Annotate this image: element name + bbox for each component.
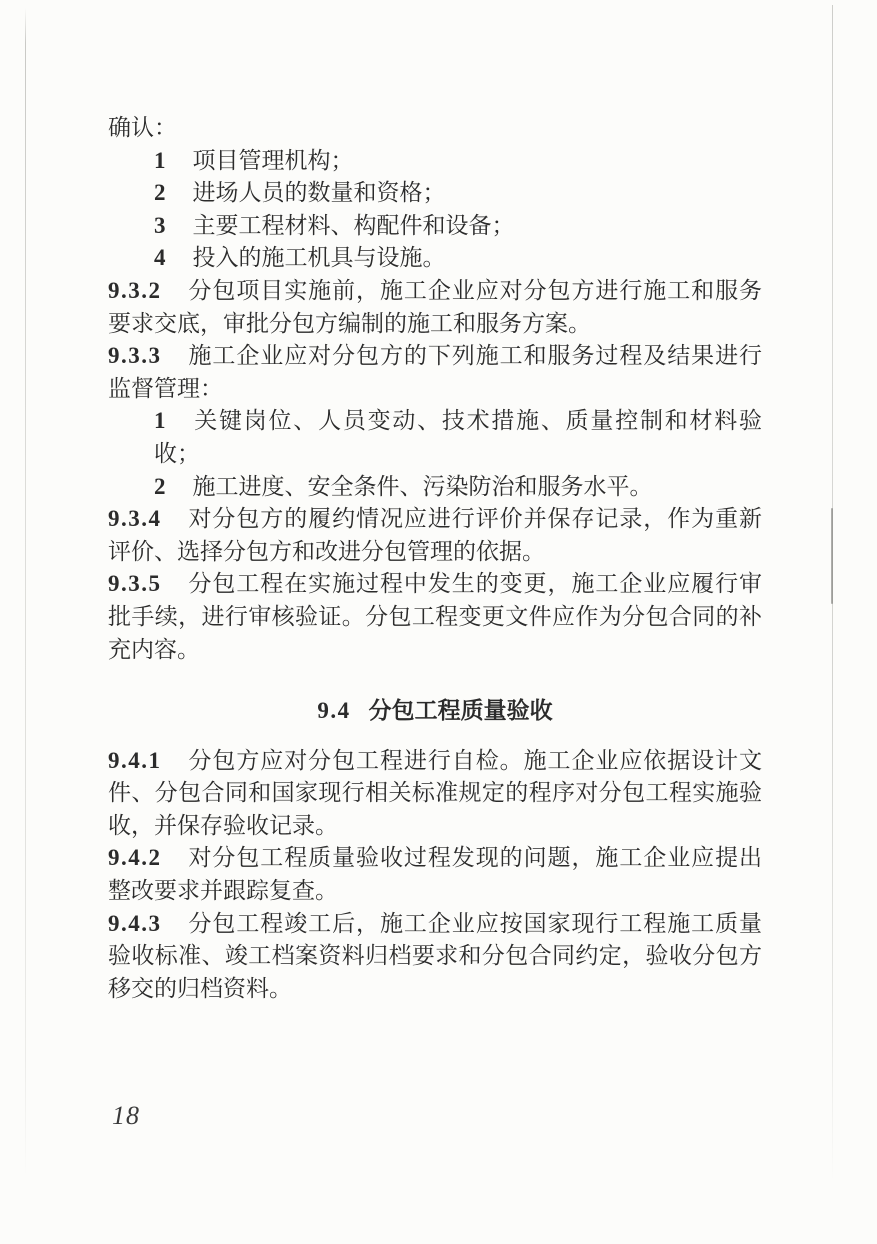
paragraph: 确认： xyxy=(108,112,762,145)
scan-edge-left xyxy=(25,8,26,1178)
item-number: 2 xyxy=(154,474,166,499)
text-run: 主要工程材料、构配件和设备； xyxy=(193,213,515,238)
clause-number: 9.4.2 xyxy=(108,845,162,870)
clause-number: 9.3.4 xyxy=(108,506,162,531)
list-item: 1项目管理机构； xyxy=(108,145,762,178)
text-run: 关键岗位、人员变动、技术措施、质量控制和材料验收； xyxy=(154,408,762,466)
text-run: 分包项目实施前，施工企业应对分包方进行施工和服务要求交底，审批分包方编制的施工和… xyxy=(108,278,762,336)
section-heading: 9.4分包工程质量验收 xyxy=(108,695,762,728)
clause-paragraph: 9.3.3施工企业应对分包方的下列施工和服务过程及结果进行监督管理： xyxy=(108,340,762,405)
text-run: 进场人员的数量和资格； xyxy=(193,180,446,205)
clause-number: 9.4.1 xyxy=(108,748,162,773)
list-item: 4投入的施工机具与设施。 xyxy=(108,242,762,275)
clause-number: 9.3.5 xyxy=(108,571,162,596)
item-number: 4 xyxy=(154,245,166,270)
text-run: 对分包工程质量验收过程发现的问题，施工企业应提出整改要求并跟踪复查。 xyxy=(108,845,762,903)
text-run: 分包工程竣工后，施工企业应按国家现行工程施工质量验收标准、竣工档案资料归档要求和… xyxy=(108,911,762,1001)
clause-number: 9.3.3 xyxy=(108,343,162,368)
heading-number: 9.4 xyxy=(317,698,350,723)
item-number: 1 xyxy=(154,148,166,173)
clause-paragraph: 9.4.1分包方应对分包工程进行自检。施工企业应依据设计文件、分包合同和国家现行… xyxy=(108,745,762,843)
text-run: 分包工程在实施过程中发生的变更，施工企业应履行审批手续，进行审核验证。分包工程变… xyxy=(108,571,762,661)
document-page: 确认：1项目管理机构；2进场人员的数量和资格；3主要工程材料、构配件和设备；4投… xyxy=(0,0,877,1244)
text-run: 施工企业应对分包方的下列施工和服务过程及结果进行监督管理： xyxy=(108,343,762,401)
clause-paragraph: 9.3.4对分包方的履约情况应进行评价并保存记录，作为重新评价、选择分包方和改进… xyxy=(108,503,762,568)
clause-paragraph: 9.3.2分包项目实施前，施工企业应对分包方进行施工和服务要求交底，审批分包方编… xyxy=(108,275,762,340)
text-run: 对分包方的履约情况应进行评价并保存记录，作为重新评价、选择分包方和改进分包管理的… xyxy=(108,506,762,564)
text-run: 施工进度、安全条件、污染防治和服务水平。 xyxy=(193,474,653,499)
clause-paragraph: 9.3.5分包工程在实施过程中发生的变更，施工企业应履行审批手续，进行审核验证。… xyxy=(108,568,762,666)
text-run: 分包方应对分包工程进行自检。施工企业应依据设计文件、分包合同和国家现行相关标准规… xyxy=(108,748,762,838)
list-item: 1关键岗位、人员变动、技术措施、质量控制和材料验收； xyxy=(108,405,762,470)
content: 确认：1项目管理机构；2进场人员的数量和资格；3主要工程材料、构配件和设备；4投… xyxy=(108,112,762,1005)
clause-paragraph: 9.4.2对分包工程质量验收过程发现的问题，施工企业应提出整改要求并跟踪复查。 xyxy=(108,842,762,907)
list-item: 2施工进度、安全条件、污染防治和服务水平。 xyxy=(108,471,762,504)
text-run: 项目管理机构； xyxy=(193,148,354,173)
clause-number: 9.4.3 xyxy=(108,911,162,936)
clause-paragraph: 9.4.3分包工程竣工后，施工企业应按国家现行工程施工质量验收标准、竣工档案资料… xyxy=(108,908,762,1006)
scan-smudge xyxy=(831,508,833,604)
list-item: 2进场人员的数量和资格； xyxy=(108,177,762,210)
list-item: 3主要工程材料、构配件和设备； xyxy=(108,210,762,243)
item-number: 3 xyxy=(154,213,166,238)
text-run: 确认： xyxy=(108,115,177,140)
text-run: 投入的施工机具与设施。 xyxy=(193,245,446,270)
page-number: 18 xyxy=(112,1101,140,1131)
item-number: 1 xyxy=(154,408,166,433)
item-number: 2 xyxy=(154,180,166,205)
text-run: 分包工程质量验收 xyxy=(369,698,553,723)
clause-number: 9.3.2 xyxy=(108,278,162,303)
